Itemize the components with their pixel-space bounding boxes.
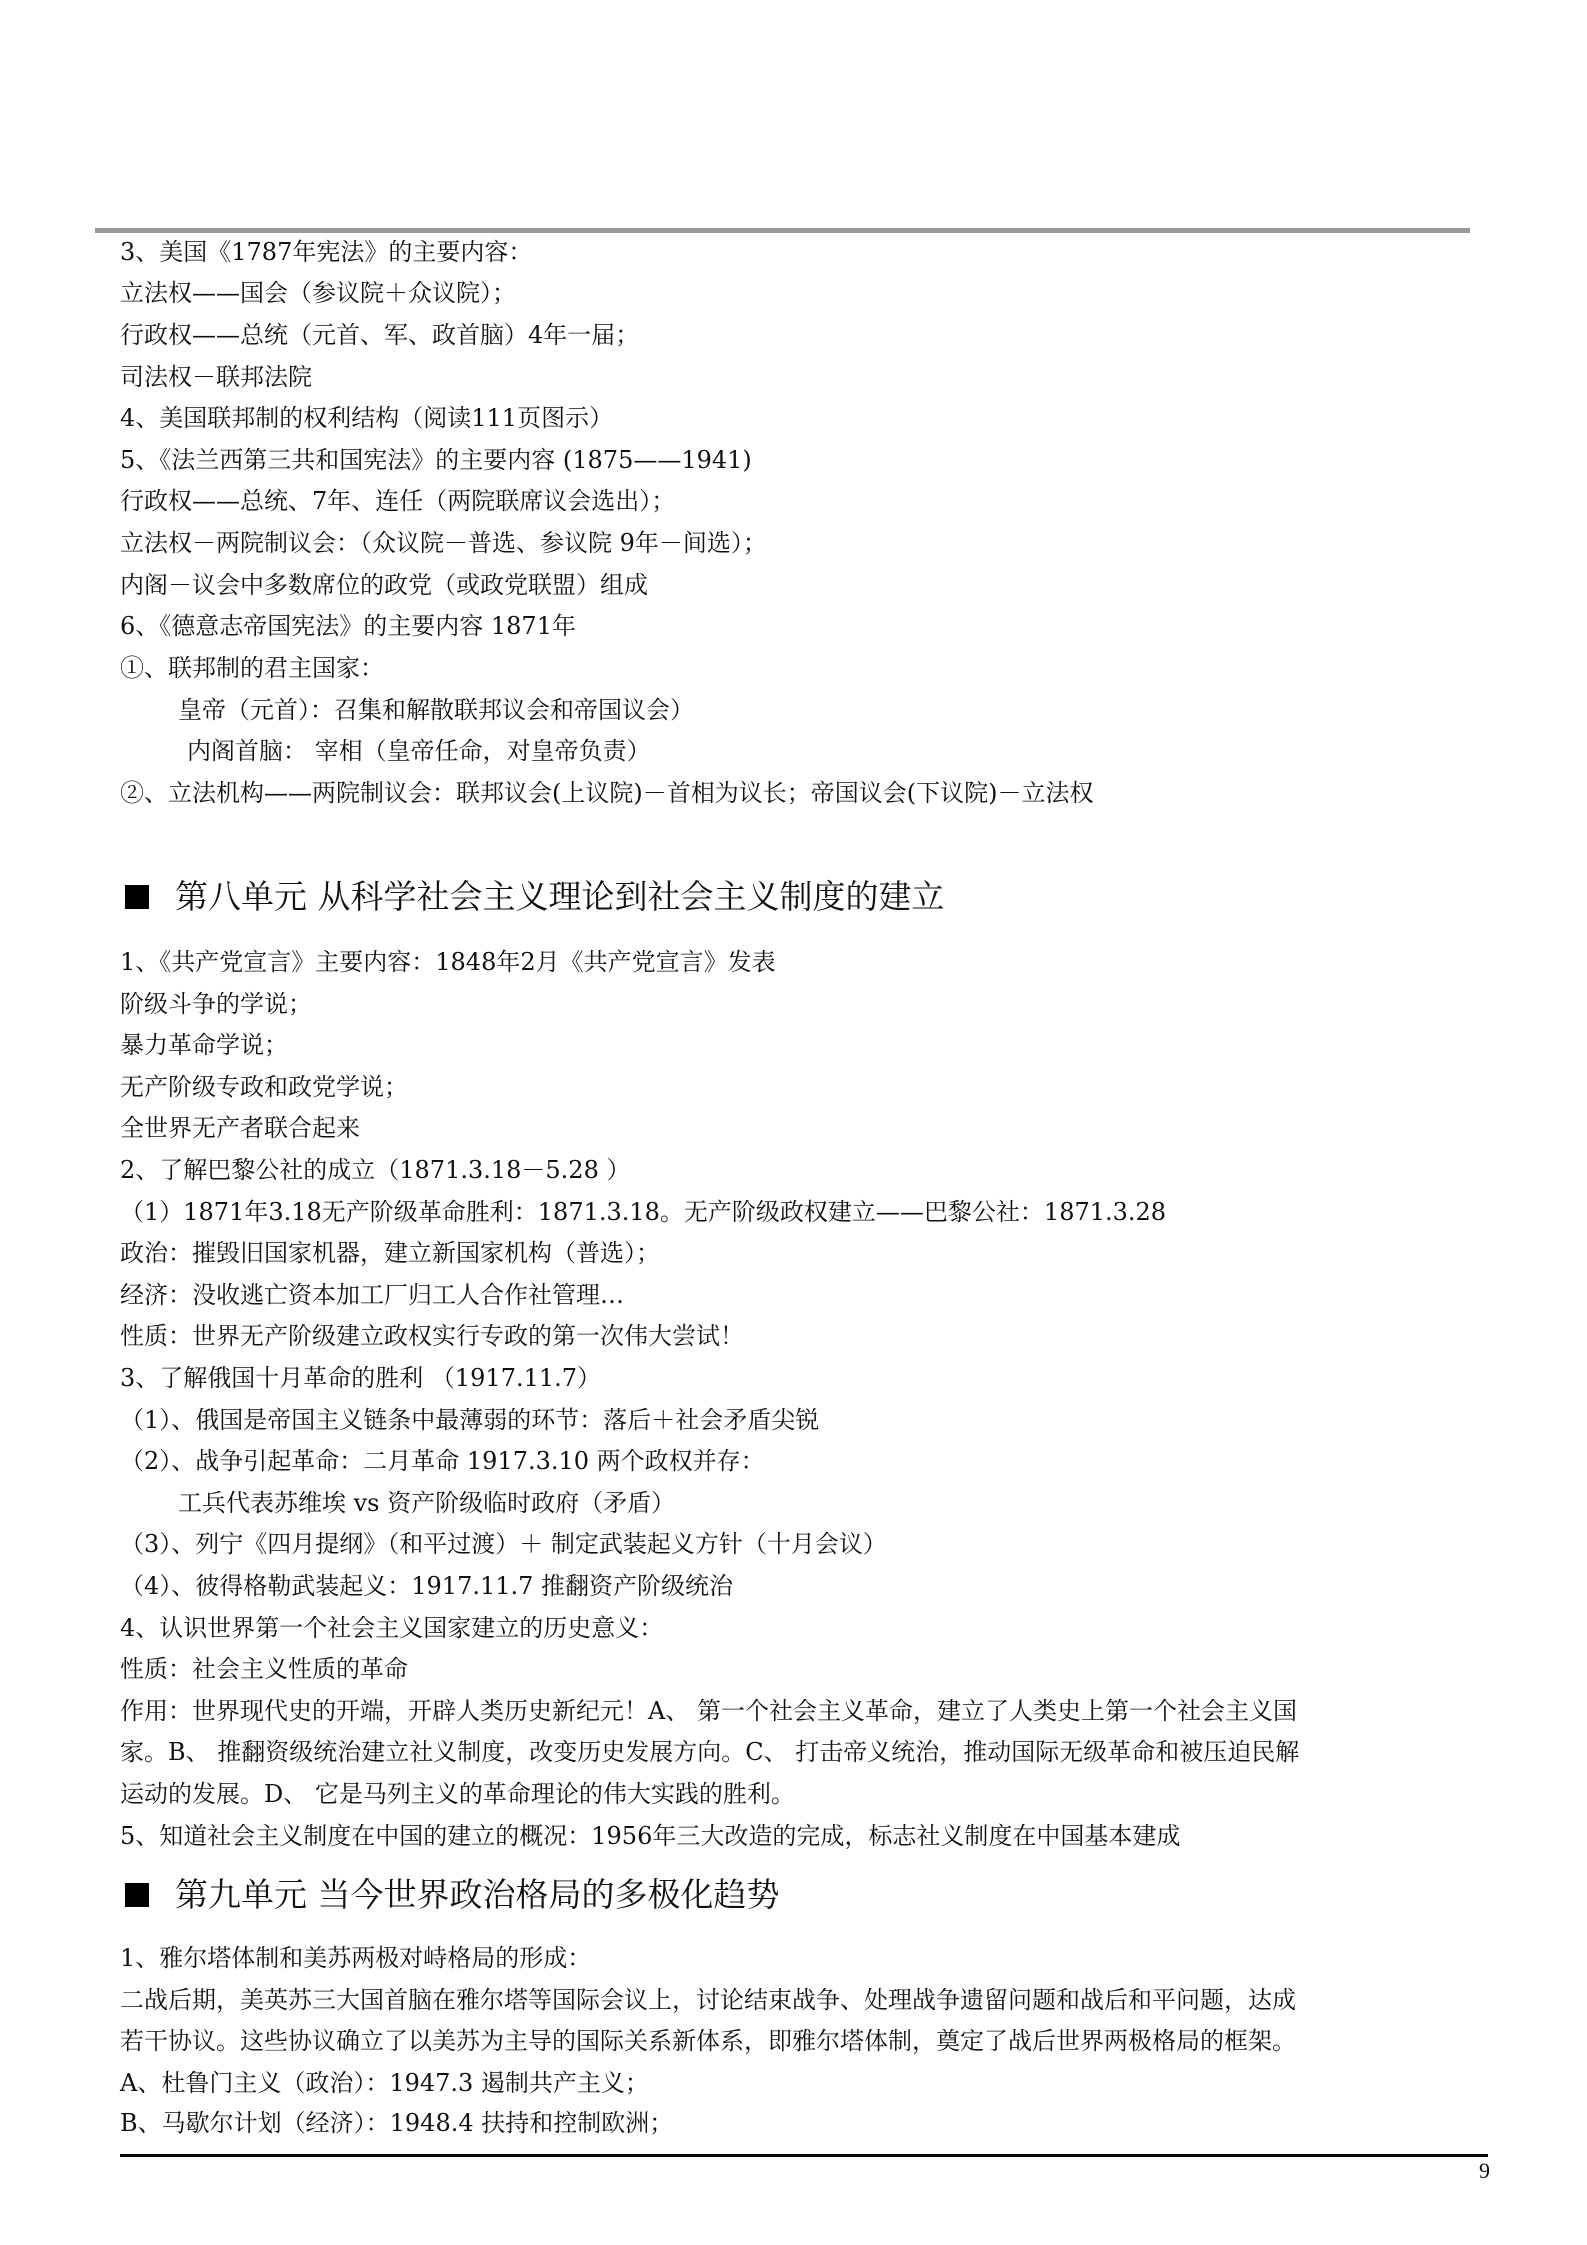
list-item: 内阁－议会中多数席位的政党（或政党联盟）组成	[120, 564, 648, 606]
list-item: （3）、列宁《四月提纲》（和平过渡）＋ 制定武装起义方针（十月会议）	[120, 1523, 887, 1565]
list-item: 阶级斗争的学说；	[120, 983, 312, 1025]
black-square-bullet-icon	[125, 1883, 149, 1907]
black-square-bullet-icon	[125, 885, 149, 909]
list-item: 立法权－两院制议会：（众议院－普选、参议院 9年－间选）；	[120, 522, 767, 564]
list-item: 司法权－联邦法院	[120, 356, 312, 398]
list-item: B、马歇尔计划（经济）：1948.4 扶持和控制欧洲；	[120, 2102, 673, 2144]
list-item: 性质：社会主义性质的革命	[120, 1648, 408, 1690]
list-item: 皇帝（元首）：召集和解散联邦议会和帝国议会）	[178, 689, 694, 731]
list-item: 运动的发展。D、 它是马列主义的革命理论的伟大实践的胜利。	[120, 1773, 795, 1815]
list-item: 内阁首脑： 宰相（皇帝任命，对皇帝负责）	[187, 730, 651, 772]
page-number: 9	[1470, 2158, 1490, 2184]
list-item: 立法权——国会（参议院＋众议院）；	[120, 272, 516, 314]
list-item: （1）、俄国是帝国主义链条中最薄弱的环节：落后＋社会矛盾尖锐	[120, 1399, 819, 1441]
list-item: （1）1871年3.18无产阶级革命胜利：1871.3.18。无产阶级政权建立—…	[120, 1191, 1166, 1233]
list-item: 2、了解巴黎公社的成立（1871.3.18－5.28 ）	[120, 1149, 630, 1191]
section-title: 第八单元 从科学社会主义理论到社会主义制度的建立	[175, 872, 945, 922]
list-item: 5、《法兰西第三共和国宪法》的主要内容 (1875——1941)	[120, 439, 752, 481]
list-item: 作用：世界现代史的开端，开辟人类历史新纪元！A、 第一个社会主义革命，建立了人类…	[120, 1690, 1297, 1732]
list-item: 经济：没收逃亡资本加工厂归工人合作社管理…	[120, 1274, 624, 1316]
list-item: 家。B、 推翻资级统治建立社义制度，改变历史发展方向。C、 打击帝义统治，推动国…	[120, 1731, 1299, 1773]
list-item: 3、了解俄国十月革命的胜利 （1917.11.7）	[120, 1357, 601, 1399]
list-item: 6、《德意志帝国宪法》的主要内容 1871年	[120, 605, 576, 647]
list-item: 政治：摧毁旧国家机器，建立新国家机构（普选）；	[120, 1232, 660, 1274]
list-item: （4）、彼得格勒武装起义：1917.11.7 推翻资产阶级统治	[120, 1565, 733, 1607]
list-item: ②、立法机构——两院制议会：联邦议会(上议院)－首相为议长；帝国议会(下议院)－…	[120, 772, 1093, 814]
list-item: 暴力革命学说；	[120, 1024, 288, 1066]
list-item: 全世界无产者联合起来	[120, 1107, 360, 1149]
list-item: 1、雅尔塔体制和美苏两极对峙格局的形成：	[120, 1937, 591, 1979]
list-item: 工兵代表苏维埃 vs 资产阶级临时政府（矛盾）	[178, 1482, 675, 1524]
section-heading: 第九单元 当今世界政治格局的多极化趋势	[125, 1870, 780, 1920]
list-item: 无产阶级专政和政党学说；	[120, 1066, 408, 1108]
footer-rule	[120, 2154, 1488, 2157]
list-item: 二战后期，美英苏三大国首脑在雅尔塔等国际会议上，讨论结束战争、处理战争遗留问题和…	[120, 1979, 1296, 2021]
list-item: （2）、战争引起革命：二月革命 1917.3.10 两个政权并存：	[120, 1440, 765, 1482]
list-item: 1、《共产党宣言》主要内容：1848年2月《共产党宣言》发表	[120, 941, 776, 983]
list-item: 行政权——总统、7年、连任（两院联席议会选出）；	[120, 480, 675, 522]
list-item: ①、联邦制的君主国家：	[120, 647, 384, 689]
list-item: 3、美国《1787年宪法》的主要内容：	[120, 231, 532, 273]
list-item: 性质：世界无产阶级建立政权实行专政的第一次伟大尝试！	[120, 1315, 744, 1357]
list-item: 4、美国联邦制的权利结构（阅读111页图示）	[120, 397, 613, 439]
section-title: 第九单元 当今世界政治格局的多极化趋势	[175, 1870, 780, 1920]
list-item: 4、认识世界第一个社会主义国家建立的历史意义：	[120, 1607, 663, 1649]
section-heading: 第八单元 从科学社会主义理论到社会主义制度的建立	[125, 872, 945, 922]
list-item: 若干协议。这些协议确立了以美苏为主导的国际关系新体系，即雅尔塔体制，奠定了战后世…	[120, 2020, 1296, 2062]
list-item: 5、知道社会主义制度在中国的建立的概况：1956年三大改造的完成，标志社义制度在…	[120, 1815, 1180, 1857]
list-item: 行政权——总统（元首、军、政首脑）4年一届；	[120, 314, 639, 356]
list-item: A、杜鲁门主义（政治）：1947.3 遏制共产主义；	[120, 2062, 649, 2104]
